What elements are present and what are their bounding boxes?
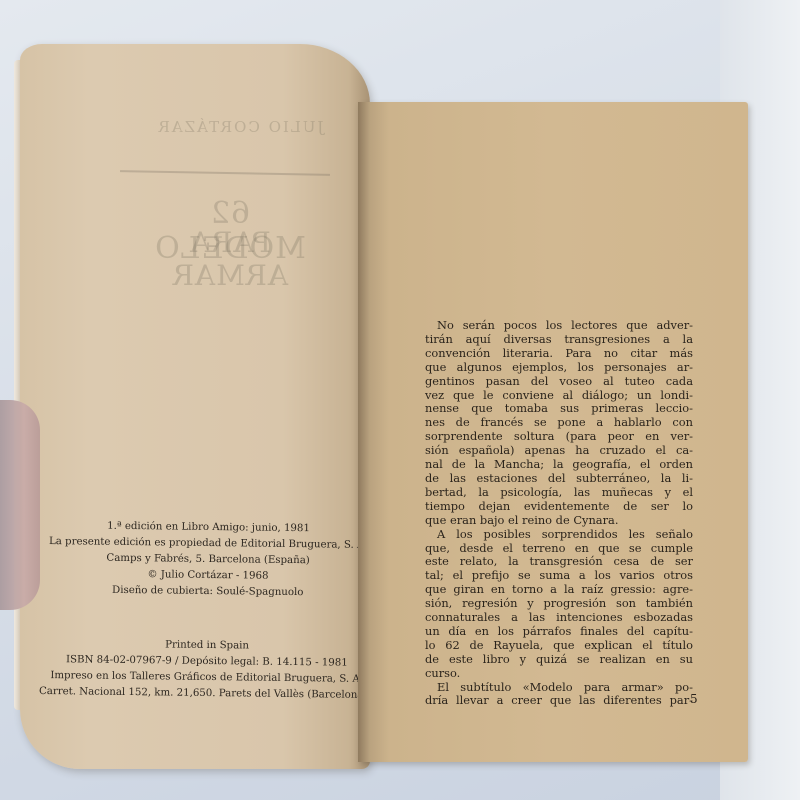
- text-line: nense que tomaba sus primeras leccio-: [425, 402, 693, 416]
- text-line: de este libro y quizá se realizan en su: [425, 653, 693, 667]
- bleed-through-title-line2: PARA ARMAR: [130, 226, 330, 292]
- text-line: A los posibles sorprendidos les señalo: [425, 528, 693, 542]
- text-line: que, desde el terreno en que se cumple: [425, 542, 693, 556]
- text-line: curso.: [425, 667, 693, 681]
- text-line: que giran en torno a la raíz gressio: ag…: [425, 583, 693, 597]
- page-number: 5: [690, 692, 698, 706]
- text-line: bertad, la psicología, las muñecas y el: [425, 486, 693, 500]
- text-line: de las estaciones del subterráneo, la li…: [425, 472, 693, 486]
- text-line: tirán aquí diversas transgresiones a la: [425, 333, 693, 347]
- book-photo: JULIO CORTÁZAR 62 MODELO PARA ARMAR 1.ª …: [0, 0, 800, 800]
- text-line: dría llevar a creer que las diferentes p…: [425, 694, 693, 708]
- text-line: sión española) apenas ha cruzado el ca-: [425, 444, 693, 458]
- text-line: gentinos pasan del voseo al tuteo cada: [425, 375, 693, 389]
- text-line: que algunos ejemplos, los personajes ar-: [425, 361, 693, 375]
- text-line: El subtítulo «Modelo para armar» po-: [425, 681, 693, 695]
- text-line: nal de la Mancha; la geografía, el orden: [425, 458, 693, 472]
- text-line: que eran bajo el reino de Cynara.: [425, 514, 693, 528]
- text-line: tiempo dejan evidentemente de ser lo: [425, 500, 693, 514]
- text-line: convención literaria. Para no citar más: [425, 347, 693, 361]
- colophon: 1.ª edición en Libro Amigo: junio, 1981 …: [39, 518, 376, 704]
- text-line: este relato, la transgresión cesa de ser: [425, 555, 693, 569]
- thumb: [0, 400, 40, 610]
- text-line: tal; el prefijo se suma a los varios otr…: [425, 569, 693, 583]
- text-line: sorprendente soltura (para peor en ver-: [425, 430, 693, 444]
- text-line: connaturales a las intenciones esbozadas: [425, 611, 693, 625]
- text-line: un día en los párrafos finales del capít…: [425, 625, 693, 639]
- bleed-through-author: JULIO CORTÁZAR: [140, 118, 340, 136]
- body-text: No serán pocos los lectores que adver- t…: [425, 319, 693, 708]
- text-line: vez que le conviene al diálogo; un londi…: [425, 389, 693, 403]
- text-line: sión, regresión y progresión son también: [425, 597, 693, 611]
- text-line: lo 62 de Rayuela, que explican el título: [425, 639, 693, 653]
- text-line: nes de francés se pone a hablarlo con: [425, 416, 693, 430]
- text-line: No serán pocos los lectores que adver-: [425, 319, 693, 333]
